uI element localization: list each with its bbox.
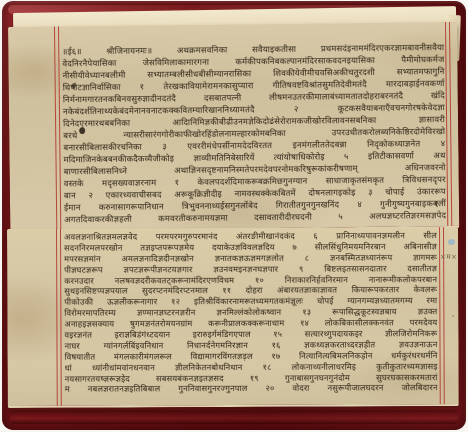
margin-rule-left-outer — [56, 229, 58, 406]
margin-rule-left-inner — [58, 26, 62, 230]
cover-bottom-edge — [10, 410, 458, 424]
text-block-lower: अवलज्ञनाश्रितज्ञमलज्ञवेद परमपरमगुरुपरमान… — [64, 230, 438, 400]
ink-blot — [72, 83, 76, 88]
ink-blot — [79, 127, 85, 134]
margin-tick: ' — [452, 314, 454, 323]
margin-rule-right-outer — [449, 22, 453, 226]
upper-leaf: ॥ई६॥ श्रीजिनायनमः॥ अथक्रमसवनिका सवैयाइकत… — [8, 22, 459, 233]
text-block-upper: ॥ई६॥ श्रीजिनायनमः॥ अथक्रमसवनिका सवैयाइकत… — [62, 42, 446, 226]
margin-rule-left-outer — [54, 26, 58, 230]
text-line: म नबलज्ञरातनज्ञइतिबिबाल गुननिवासगुनरज्गु… — [65, 383, 438, 396]
paper-fleck — [448, 239, 455, 245]
manuscript-photo: ॥ई६॥ श्रीजिनायनमः॥ अथक्रमसवनिका सवैयाइकत… — [0, 0, 468, 432]
margin-note: ×म× — [440, 253, 457, 262]
lower-leaf: अवलज्ञनाश्रितज्ञमलज्ञवेद परमपरमगुरुपरमान… — [7, 227, 459, 408]
margin-rule-left-inner — [60, 229, 62, 406]
folio-number: १ — [434, 197, 439, 210]
